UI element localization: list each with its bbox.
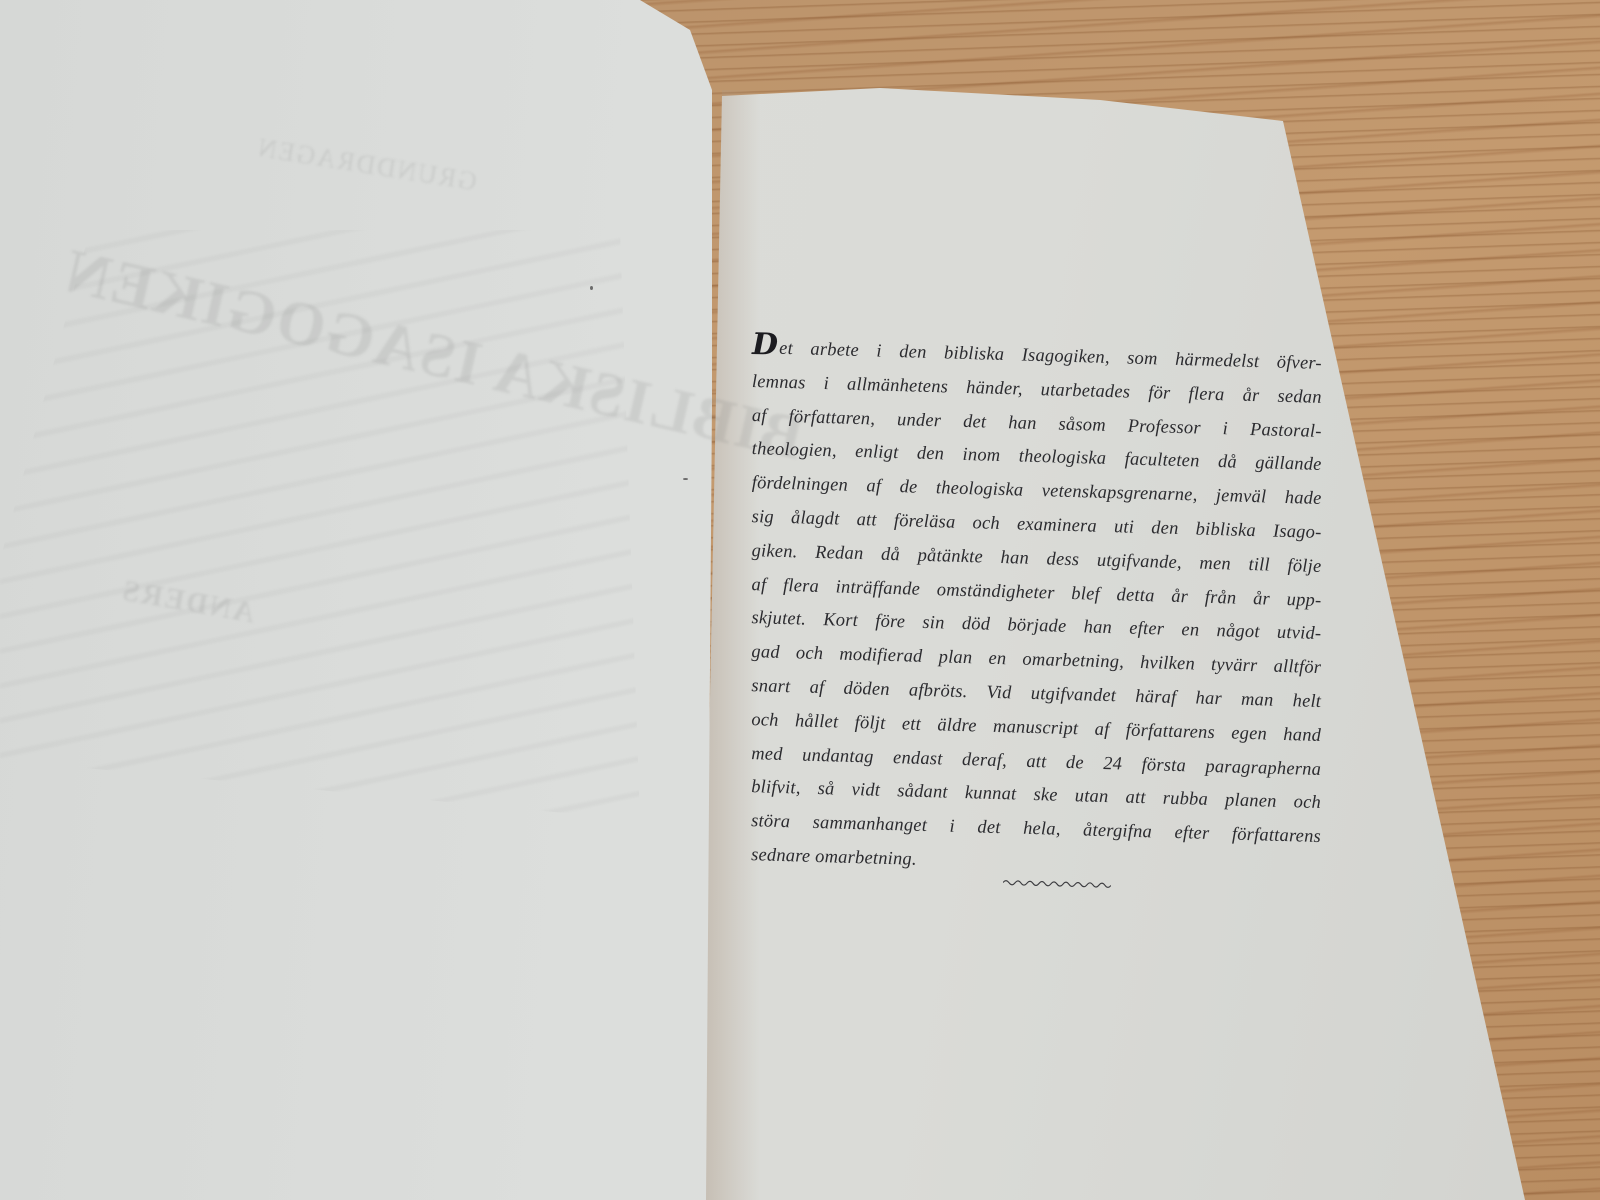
- paper-speck: [590, 286, 593, 290]
- preface-paragraph: Det arbete i den bibliska Isagogiken, so…: [751, 332, 1322, 889]
- paper-speck: [683, 478, 688, 480]
- drop-cap: D: [752, 327, 778, 363]
